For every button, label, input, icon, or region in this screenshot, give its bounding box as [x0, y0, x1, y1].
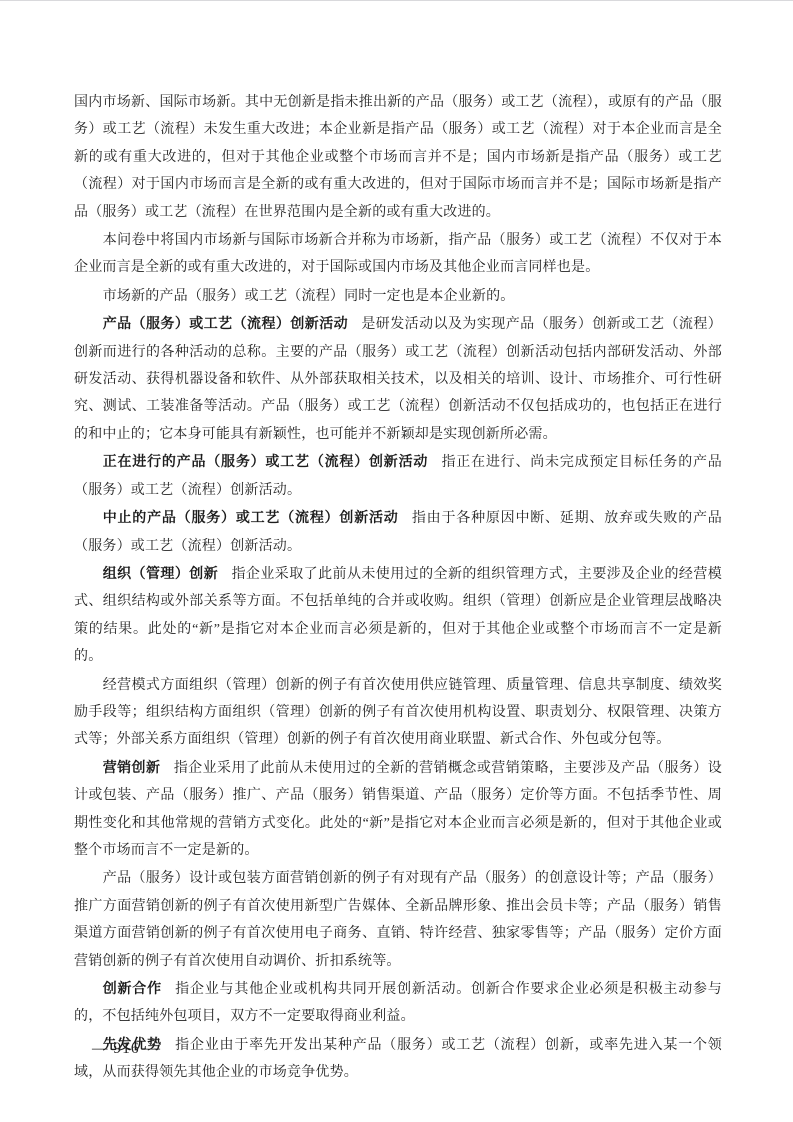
definition-term: 正在进行的产品（服务）或工艺（流程）创新活动 — [103, 453, 429, 469]
paragraph-text: 指企业由于率先开发出某种产品（服务）或工艺（流程）创新，或率先进入某一个领域，从… — [74, 1038, 722, 1080]
paragraph: 市场新的产品（服务）或工艺（流程）同时一定也是本企业新的。 — [74, 282, 722, 310]
paragraph: 中止的产品（服务）或工艺（流程）创新活动指由于各种原因中断、延期、放弃或失败的产… — [74, 504, 722, 560]
text-block: 国内市场新、国际市场新。其中无创新是指未推出新的产品（服务）或工艺（流程），或原… — [74, 88, 722, 1087]
definition-term: 创新合作 — [103, 980, 162, 996]
document-page: 国内市场新、国际市场新。其中无创新是指未推出新的产品（服务）或工艺（流程），或原… — [0, 0, 793, 1122]
page-number: — 916 — — [92, 1037, 161, 1061]
paragraph-text: 指企业采取了此前从未使用过的全新的组织管理方式，主要涉及企业的经营模式、组织结构… — [74, 567, 722, 664]
paragraph: 正在进行的产品（服务）或工艺（流程）创新活动指正在进行、尚未完成预定目标任务的产… — [74, 448, 722, 504]
paragraph: 营销创新指企业采用了此前从未使用过的全新的营销概念或营销策略，主要涉及产品（服务… — [74, 754, 722, 865]
paragraph: 经营模式方面组织（管理）创新的例子有首次使用供应链管理、质量管理、信息共享制度、… — [74, 671, 722, 754]
paragraph: 先发优势指企业由于率先开发出某种产品（服务）或工艺（流程）创新，或率先进入某一个… — [74, 1031, 722, 1087]
definition-term: 中止的产品（服务）或工艺（流程）创新活动 — [103, 509, 399, 525]
paragraph-text: 本问卷中将国内市场新与国际市场新合并称为市场新，指产品（服务）或工艺（流程）不仅… — [74, 233, 722, 275]
paragraph-text: 市场新的产品（服务）或工艺（流程）同时一定也是本企业新的。 — [103, 289, 515, 304]
paragraph: 国内市场新、国际市场新。其中无创新是指未推出新的产品（服务）或工艺（流程），或原… — [74, 88, 722, 226]
definition-term: 组织（管理）创新 — [103, 565, 218, 581]
paragraph: 产品（服务）或工艺（流程）创新活动是研发活动以及为实现产品（服务）创新或工艺（流… — [74, 310, 722, 448]
definition-term: 营销创新 — [103, 759, 161, 775]
paragraph: 产品（服务）设计或包装方面营销创新的例子有对现有产品（服务）的创意设计等；产品（… — [74, 864, 722, 975]
paragraph-text: 指企业采用了此前从未使用过的全新的营销概念或营销策略，主要涉及产品（服务）设计或… — [74, 761, 722, 858]
paragraph-text: 指企业与其他企业或机构共同开展创新活动。创新合作要求企业必须是积极主动参与的，不… — [74, 982, 722, 1024]
paragraph: 创新合作指企业与其他企业或机构共同开展创新活动。创新合作要求企业必须是积极主动参… — [74, 975, 722, 1031]
definition-term: 产品（服务）或工艺（流程）创新活动 — [103, 315, 348, 331]
paragraph: 本问卷中将国内市场新与国际市场新合并称为市场新，指产品（服务）或工艺（流程）不仅… — [74, 226, 722, 282]
paragraph-text: 是研发活动以及为实现产品（服务）创新或工艺（流程）创新而进行的各种活动的总称。主… — [74, 317, 722, 442]
paragraph-text: 国内市场新、国际市场新。其中无创新是指未推出新的产品（服务）或工艺（流程），或原… — [74, 95, 722, 220]
paragraph-text: 产品（服务）设计或包装方面营销创新的例子有对现有产品（服务）的创意设计等；产品（… — [74, 871, 722, 968]
paragraph: 组织（管理）创新指企业采取了此前从未使用过的全新的组织管理方式，主要涉及企业的经… — [74, 560, 722, 671]
paragraph-text: 经营模式方面组织（管理）创新的例子有首次使用供应链管理、质量管理、信息共享制度、… — [74, 678, 722, 748]
